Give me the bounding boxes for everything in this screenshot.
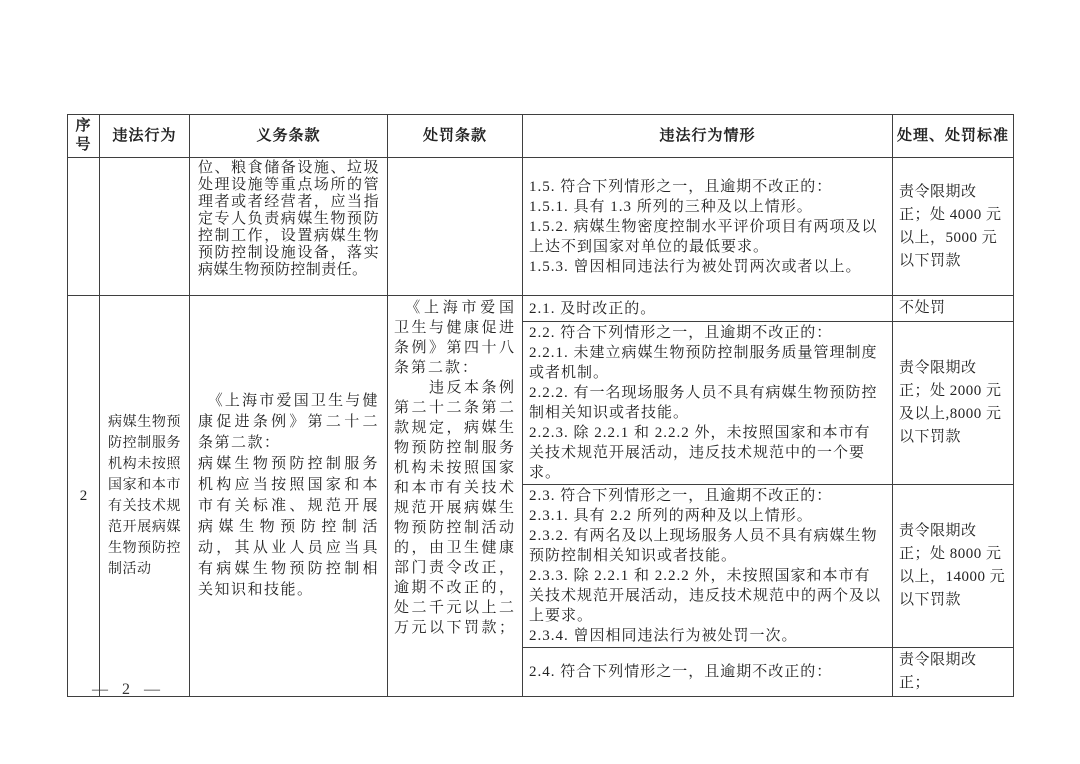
row2-penalty-clause-cell: 《上海市爱国卫生与健康促进条例》第四十八条第二款： 违反本条例第二十二条第二款规… bbox=[388, 296, 523, 697]
header-seq: 序号 bbox=[68, 115, 100, 158]
document-page: 序号 违法行为 义务条款 处罚条款 违法行为情形 处理、处罚标准 位、粮食储备设… bbox=[0, 0, 1080, 764]
header-standard: 处理、处罚标准 bbox=[893, 115, 1014, 158]
row2-penalty-clause-text: 《上海市爱国卫生与健康促进条例》第四十八条第二款： 违反本条例第二十二条第二款规… bbox=[394, 298, 516, 636]
row1-obligation-cell: 位、粮食储备设施、垃圾处理设施等重点场所的管理者或者经营者，应当指定专人负责病媒… bbox=[190, 158, 388, 296]
table-row-1-continued: 位、粮食储备设施、垃圾处理设施等重点场所的管理者或者经营者，应当指定专人负责病媒… bbox=[68, 158, 1014, 296]
row2-standard-2-4-cell: 责令限期改正； bbox=[893, 648, 1014, 697]
row1-behavior-cell bbox=[100, 158, 190, 296]
table-row-2-sub-1: 2 病媒生物预防控制服务机构未按照国家和本市有关技术规范开展病媒生物预防控制活动… bbox=[68, 296, 1014, 322]
header-penalty-clause: 处罚条款 bbox=[388, 115, 523, 158]
row2-seq-cell: 2 bbox=[68, 296, 100, 697]
row2-situation-2-4-cell: 2.4. 符合下列情形之一，且逾期不改正的： bbox=[523, 648, 893, 697]
row1-penalty-clause-cell bbox=[388, 158, 523, 296]
row2-standard-2-3-cell: 责令限期改正；处 8000 元以上，14000 元以下罚款 bbox=[893, 485, 1014, 648]
row2-standard-2-1-cell: 不处罚 bbox=[893, 296, 1014, 322]
row1-standard-cell: 责令限期改正；处 4000 元以上，5000 元以下罚款 bbox=[893, 158, 1014, 296]
table-header-row: 序号 违法行为 义务条款 处罚条款 违法行为情形 处理、处罚标准 bbox=[68, 115, 1014, 158]
row2-standard-2-2-cell: 责令限期改正；处 2000 元及以上,8000 元以下罚款 bbox=[893, 322, 1014, 485]
row1-seq-cell bbox=[68, 158, 100, 296]
header-illegal-behavior: 违法行为 bbox=[100, 115, 190, 158]
row2-situation-2-2-cell: 2.2. 符合下列情形之一，且逾期不改正的： 2.2.1. 未建立病媒生物预防控… bbox=[523, 322, 893, 485]
page-number: — 2 — bbox=[92, 681, 161, 699]
row2-situation-2-1-cell: 2.1. 及时改正的。 bbox=[523, 296, 893, 322]
row2-obligation-cell: 《上海市爱国卫生与健康促进条例》第二十二条第二款： 病媒生物预防控制服务机构应当… bbox=[190, 296, 388, 697]
header-situation: 违法行为情形 bbox=[523, 115, 893, 158]
header-obligation-clause: 义务条款 bbox=[190, 115, 388, 158]
row2-situation-2-3-cell: 2.3. 符合下列情形之一，且逾期不改正的： 2.3.1. 具有 2.2 所列的… bbox=[523, 485, 893, 648]
penalty-standards-table: 序号 违法行为 义务条款 处罚条款 违法行为情形 处理、处罚标准 位、粮食储备设… bbox=[67, 114, 1014, 697]
row2-behavior-cell: 病媒生物预防控制服务机构未按照国家和本市有关技术规范开展病媒生物预防控制活动 bbox=[100, 296, 190, 697]
row1-situation-cell: 1.5. 符合下列情形之一，且逾期不改正的： 1.5.1. 具有 1.3 所列的… bbox=[523, 158, 893, 296]
